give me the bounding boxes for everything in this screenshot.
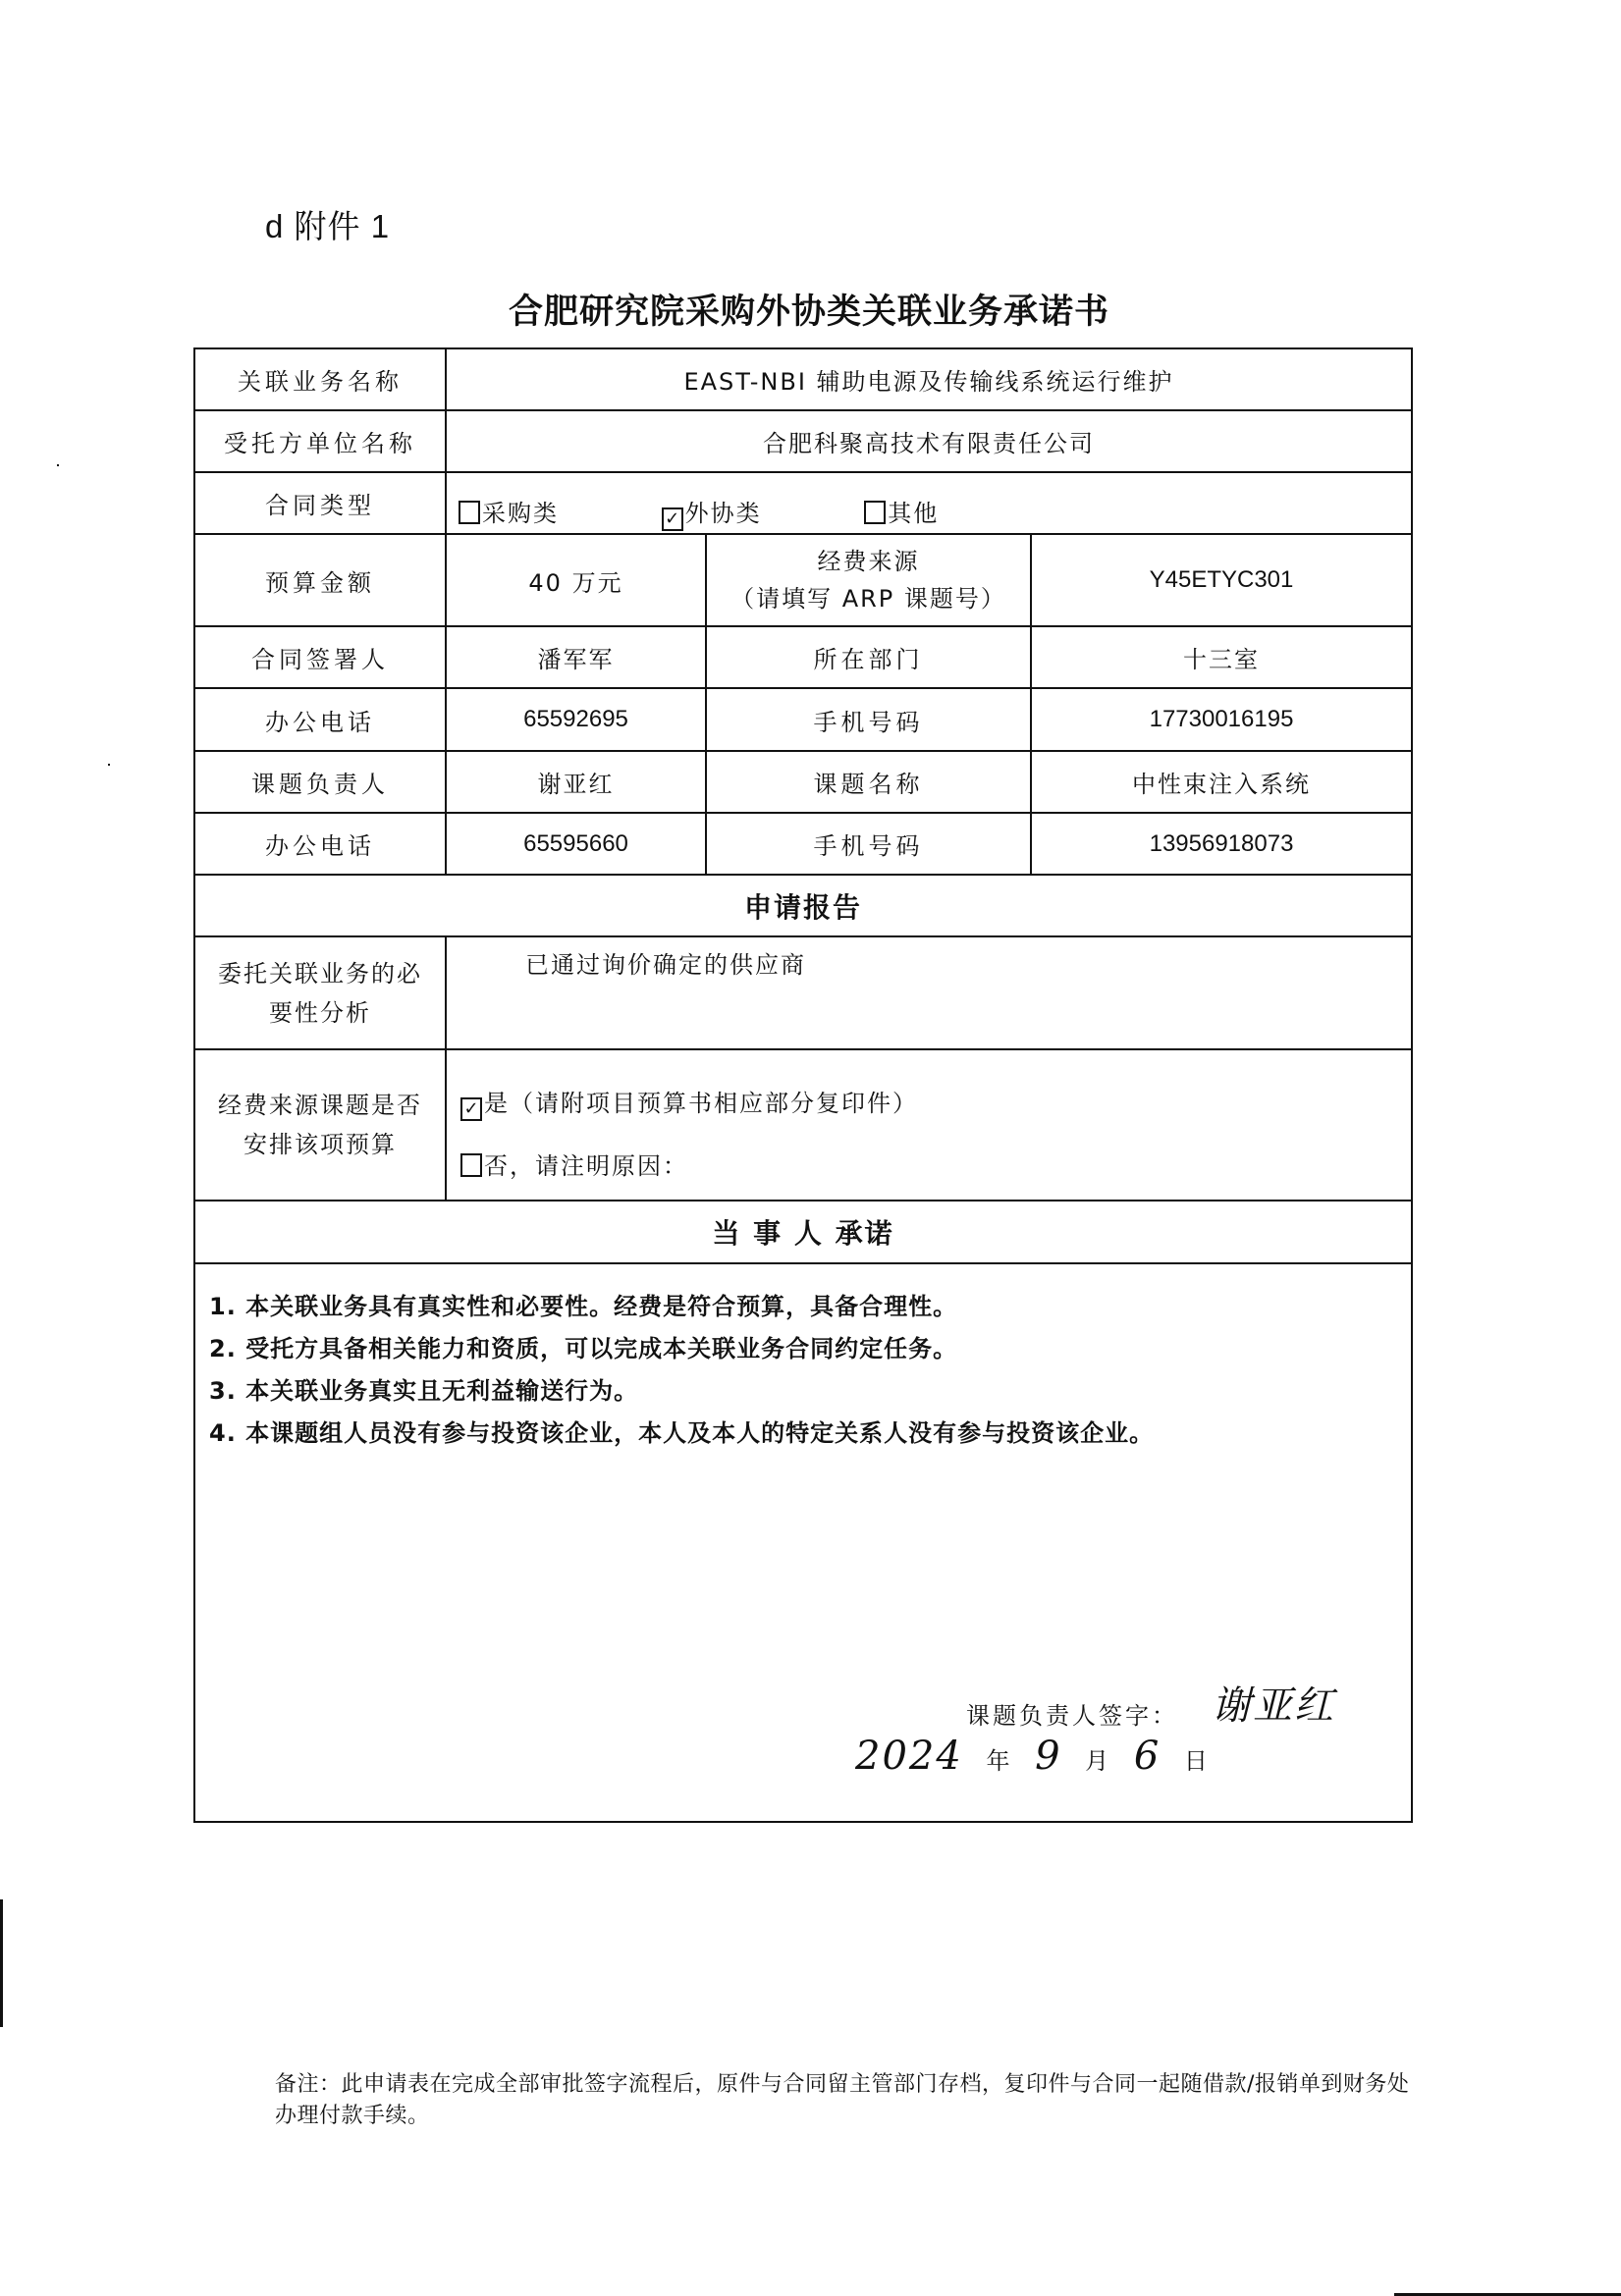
project-name-value: 中性束注入系统 bbox=[1031, 751, 1412, 813]
checkbox-procurement[interactable] bbox=[459, 501, 480, 524]
row-leader-phone: 办公电话 65595660 手机号码 13956918073 bbox=[194, 813, 1412, 875]
checkbox-no[interactable] bbox=[460, 1153, 482, 1177]
row-signer: 合同签署人 潘军军 所在部门 十三室 bbox=[194, 626, 1412, 688]
attachment-label: d 附件 1 bbox=[265, 201, 390, 247]
leader-office-phone-label: 办公电话 bbox=[194, 813, 446, 875]
date-day: 6 bbox=[1134, 1734, 1161, 1779]
scan-dust bbox=[108, 764, 110, 766]
footnote: 备注：此申请表在完成全部审批签字流程后，原件与合同留主管部门存档，复印件与合同一… bbox=[275, 2069, 1414, 2132]
application-report-heading: 申请报告 bbox=[194, 875, 1412, 936]
row-business-name: 关联业务名称 EAST-NBI 辅助电源及传输线系统运行维护 bbox=[194, 348, 1412, 410]
option-other[interactable]: 其他 bbox=[864, 494, 939, 528]
necessity-label: 委托关联业务的必要性分析 bbox=[194, 936, 446, 1049]
project-leader-value: 谢亚红 bbox=[446, 751, 706, 813]
pledge-item: 4. 本课题组人员没有参与投资该企业，本人及本人的特定关系人没有参与投资该企业。 bbox=[209, 1413, 1411, 1455]
leader-mobile-label: 手机号码 bbox=[706, 813, 1031, 875]
row-contract-type: 合同类型 采购类 ✓外协类 其他 bbox=[194, 472, 1412, 534]
pledge-item: 3. 本关联业务真实且无利益输送行为。 bbox=[209, 1370, 1411, 1413]
project-leader-label: 课题负责人 bbox=[194, 751, 446, 813]
checkbox-outsourcing[interactable]: ✓ bbox=[662, 507, 683, 531]
department-value: 十三室 bbox=[1031, 626, 1412, 688]
budget-arranged-options: ✓是（请附项目预算书相应部分复印件） 否，请注明原因： bbox=[446, 1049, 1412, 1201]
row-entrusted-party: 受托方单位名称 合肥科聚高技术有限责任公司 bbox=[194, 410, 1412, 472]
date-year-unit: 年 bbox=[986, 1747, 1011, 1775]
business-name-label: 关联业务名称 bbox=[194, 348, 446, 410]
option-outsourcing-label: 外协类 bbox=[685, 500, 762, 527]
budget-arranged-label: 经费来源课题是否安排该项预算 bbox=[194, 1049, 446, 1201]
option-no-label: 否，请注明原因： bbox=[484, 1152, 688, 1180]
date-year: 2024 bbox=[855, 1734, 963, 1779]
document-title: 合肥研究院采购外协类关联业务承诺书 bbox=[509, 285, 1109, 334]
signer-label: 合同签署人 bbox=[194, 626, 446, 688]
row-signer-phone: 办公电话 65592695 手机号码 17730016195 bbox=[194, 688, 1412, 751]
signature-date: 2024 年 9 月 6 日 bbox=[855, 1734, 1210, 1779]
fund-source-label: 经费来源 （请填写 ARP 课题号） bbox=[706, 534, 1031, 626]
option-procurement-label: 采购类 bbox=[482, 500, 559, 527]
option-procurement[interactable]: 采购类 bbox=[459, 494, 559, 528]
option-no[interactable]: 否，请注明原因： bbox=[460, 1135, 1411, 1198]
budget-label: 预算金额 bbox=[194, 534, 446, 626]
signer-office-phone-label: 办公电话 bbox=[194, 688, 446, 751]
pledge-body: 1. 本关联业务具有真实性和必要性。经费是符合预算，具备合理性。 2. 受托方具… bbox=[194, 1263, 1412, 1822]
pledge-item: 1. 本关联业务具有真实性和必要性。经费是符合预算，具备合理性。 bbox=[209, 1286, 1411, 1328]
leader-office-phone-value: 65595660 bbox=[446, 813, 706, 875]
pledge-list: 1. 本关联业务具有真实性和必要性。经费是符合预算，具备合理性。 2. 受托方具… bbox=[195, 1264, 1411, 1455]
row-application-heading: 申请报告 bbox=[194, 875, 1412, 936]
business-name-value: EAST-NBI 辅助电源及传输线系统运行维护 bbox=[446, 348, 1412, 410]
checkbox-yes[interactable]: ✓ bbox=[460, 1097, 482, 1121]
entrusted-party-value: 合肥科聚高技术有限责任公司 bbox=[446, 410, 1412, 472]
row-budget: 预算金额 40 万元 经费来源 （请填写 ARP 课题号） Y45ETYC301 bbox=[194, 534, 1412, 626]
pledge-heading: 当 事 人 承诺 bbox=[194, 1201, 1412, 1263]
scan-dust bbox=[57, 464, 59, 466]
signer-mobile-value: 17730016195 bbox=[1031, 688, 1412, 751]
pledge-item: 2. 受托方具备相关能力和资质，可以完成本关联业务合同约定任务。 bbox=[209, 1328, 1411, 1370]
necessity-value: 已通过询价确定的供应商 bbox=[446, 936, 1412, 1049]
signature-label: 课题负责人签字： bbox=[966, 1696, 1178, 1731]
department-label: 所在部门 bbox=[706, 626, 1031, 688]
date-month-unit: 月 bbox=[1085, 1747, 1110, 1775]
contract-type-label: 合同类型 bbox=[194, 472, 446, 534]
signer-office-phone-value: 65592695 bbox=[446, 688, 706, 751]
leader-mobile-value: 13956918073 bbox=[1031, 813, 1412, 875]
necessity-text: 已通过询价确定的供应商 bbox=[525, 951, 806, 979]
row-necessity: 委托关联业务的必要性分析 已通过询价确定的供应商 bbox=[194, 936, 1412, 1049]
signer-mobile-label: 手机号码 bbox=[706, 688, 1031, 751]
contract-type-options: 采购类 ✓外协类 其他 bbox=[446, 472, 1412, 534]
fund-source-value: Y45ETYC301 bbox=[1031, 534, 1412, 626]
row-pledge-heading: 当 事 人 承诺 bbox=[194, 1201, 1412, 1263]
date-day-unit: 日 bbox=[1184, 1747, 1210, 1775]
option-outsourcing[interactable]: ✓外协类 bbox=[662, 494, 762, 531]
row-pledge-body: 1. 本关联业务具有真实性和必要性。经费是符合预算，具备合理性。 2. 受托方具… bbox=[194, 1263, 1412, 1822]
entrusted-party-label: 受托方单位名称 bbox=[194, 410, 446, 472]
option-yes[interactable]: ✓是（请附项目预算书相应部分复印件） bbox=[460, 1072, 1411, 1135]
fund-source-label-line1: 经费来源 bbox=[707, 543, 1030, 580]
project-name-label: 课题名称 bbox=[706, 751, 1031, 813]
handwritten-signature: 谢亚红 bbox=[1212, 1675, 1335, 1731]
checkbox-other[interactable] bbox=[864, 501, 886, 524]
option-yes-label: 是（请附项目预算书相应部分复印件） bbox=[484, 1090, 918, 1117]
scan-edge-mark bbox=[0, 1899, 3, 2027]
row-project-leader: 课题负责人 谢亚红 课题名称 中性束注入系统 bbox=[194, 751, 1412, 813]
signer-value: 潘军军 bbox=[446, 626, 706, 688]
commitment-form: 关联业务名称 EAST-NBI 辅助电源及传输线系统运行维护 受托方单位名称 合… bbox=[193, 347, 1413, 1823]
date-month: 9 bbox=[1035, 1734, 1061, 1779]
budget-value: 40 万元 bbox=[446, 534, 706, 626]
fund-source-label-line2: （请填写 ARP 课题号） bbox=[707, 580, 1030, 617]
option-other-label: 其他 bbox=[888, 500, 939, 527]
row-budget-arranged: 经费来源课题是否安排该项预算 ✓是（请附项目预算书相应部分复印件） 否，请注明原… bbox=[194, 1049, 1412, 1201]
